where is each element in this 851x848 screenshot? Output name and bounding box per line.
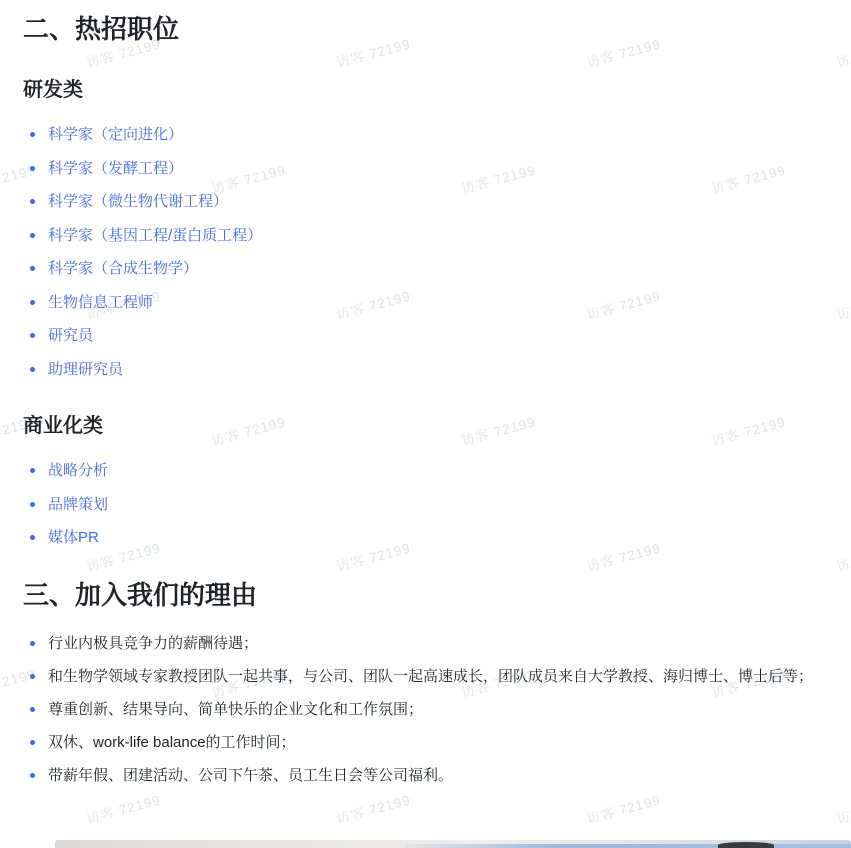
list-item: 和生物学领域专家教授团队一起共事，与公司、团队一起高速成长，团队成员来自大学教授… xyxy=(23,660,830,693)
job-link[interactable]: 研究员 xyxy=(48,327,93,344)
reason-text: 和生物学领域专家教授团队一起共事，与公司、团队一起高速成长，团队成员来自大学教授… xyxy=(48,668,813,685)
list-item: 科学家（定向进化） xyxy=(23,118,830,152)
list-item: 科学家（微生物代谢工程） xyxy=(23,185,830,219)
bullet-icon xyxy=(30,199,35,204)
job-link[interactable]: 科学家（基因工程/蛋白质工程） xyxy=(48,227,262,244)
job-link[interactable]: 科学家（微生物代谢工程） xyxy=(48,193,228,210)
document-body: 二、热招职位 研发类 科学家（定向进化） 科学家（发酵工程） 科学家（微生物代谢… xyxy=(0,12,851,792)
job-link[interactable]: 品牌策划 xyxy=(48,496,108,513)
bullet-icon xyxy=(30,740,35,745)
bullet-icon xyxy=(30,641,35,646)
bullet-icon xyxy=(30,707,35,712)
image-dark-shape xyxy=(718,842,774,848)
list-item: 战略分析 xyxy=(23,454,830,488)
list-item: 科学家（基因工程/蛋白质工程） xyxy=(23,219,830,253)
job-link[interactable]: 战略分析 xyxy=(48,462,108,479)
job-link[interactable]: 生物信息工程师 xyxy=(48,294,153,311)
list-item: 助理研究员 xyxy=(23,353,830,387)
subsection-title-rd: 研发类 xyxy=(23,76,830,104)
list-item: 双休、work-life balance的工作时间； xyxy=(23,726,830,759)
section-title-reasons: 三、加入我们的理由 xyxy=(23,577,830,613)
bullet-icon xyxy=(30,333,35,338)
reasons-list: 行业内极具竞争力的薪酬待遇； 和生物学领域专家教授团队一起共事，与公司、团队一起… xyxy=(23,627,830,792)
job-link[interactable]: 科学家（合成生物学） xyxy=(48,260,198,277)
job-link[interactable]: 科学家（定向进化） xyxy=(48,126,183,143)
section-title-hot-jobs: 二、热招职位 xyxy=(23,12,830,46)
list-item: 科学家（发酵工程） xyxy=(23,152,830,186)
list-item: 品牌策划 xyxy=(23,488,830,522)
bullet-icon xyxy=(30,300,35,305)
job-link[interactable]: 科学家（发酵工程） xyxy=(48,160,183,177)
list-item: 研究员 xyxy=(23,319,830,353)
list-item: 科学家（合成生物学） xyxy=(23,252,830,286)
bottom-partial-image[interactable] xyxy=(55,840,851,848)
reason-text: 带薪年假、团建活动、公司下午茶、员工生日会等公司福利。 xyxy=(48,767,453,784)
reason-text: 尊重创新、结果导向、简单快乐的企业文化和工作氛围； xyxy=(48,701,423,718)
subsection-title-biz: 商业化类 xyxy=(23,412,830,440)
visitor-watermark: 访客 72199 xyxy=(334,788,413,827)
bullet-icon xyxy=(30,773,35,778)
job-link[interactable]: 媒体PR xyxy=(48,529,99,546)
list-item: 行业内极具竞争力的薪酬待遇； xyxy=(23,627,830,660)
job-link[interactable]: 助理研究员 xyxy=(48,361,123,378)
bullet-icon xyxy=(30,468,35,473)
bullet-icon xyxy=(30,367,35,372)
bullet-icon xyxy=(30,132,35,137)
visitor-watermark: 访客 72199 xyxy=(84,788,163,827)
bullet-icon xyxy=(30,502,35,507)
bullet-icon xyxy=(30,674,35,679)
bullet-icon xyxy=(30,266,35,271)
bullet-icon xyxy=(30,535,35,540)
reason-text: 双休、work-life balance的工作时间； xyxy=(48,734,296,751)
image-blue-band xyxy=(405,844,851,848)
list-item: 生物信息工程师 xyxy=(23,286,830,320)
visitor-watermark: 访客 72199 xyxy=(584,788,663,827)
rd-job-list: 科学家（定向进化） 科学家（发酵工程） 科学家（微生物代谢工程） 科学家（基因工… xyxy=(23,118,830,386)
list-item: 带薪年假、团建活动、公司下午茶、员工生日会等公司福利。 xyxy=(23,759,830,792)
biz-job-list: 战略分析 品牌策划 媒体PR xyxy=(23,454,830,555)
list-item: 媒体PR xyxy=(23,521,830,555)
bullet-icon xyxy=(30,166,35,171)
bullet-icon xyxy=(30,233,35,238)
reason-text: 行业内极具竞争力的薪酬待遇； xyxy=(48,635,258,652)
list-item: 尊重创新、结果导向、简单快乐的企业文化和工作氛围； xyxy=(23,693,830,726)
visitor-watermark: 访客 72199 xyxy=(834,788,851,827)
